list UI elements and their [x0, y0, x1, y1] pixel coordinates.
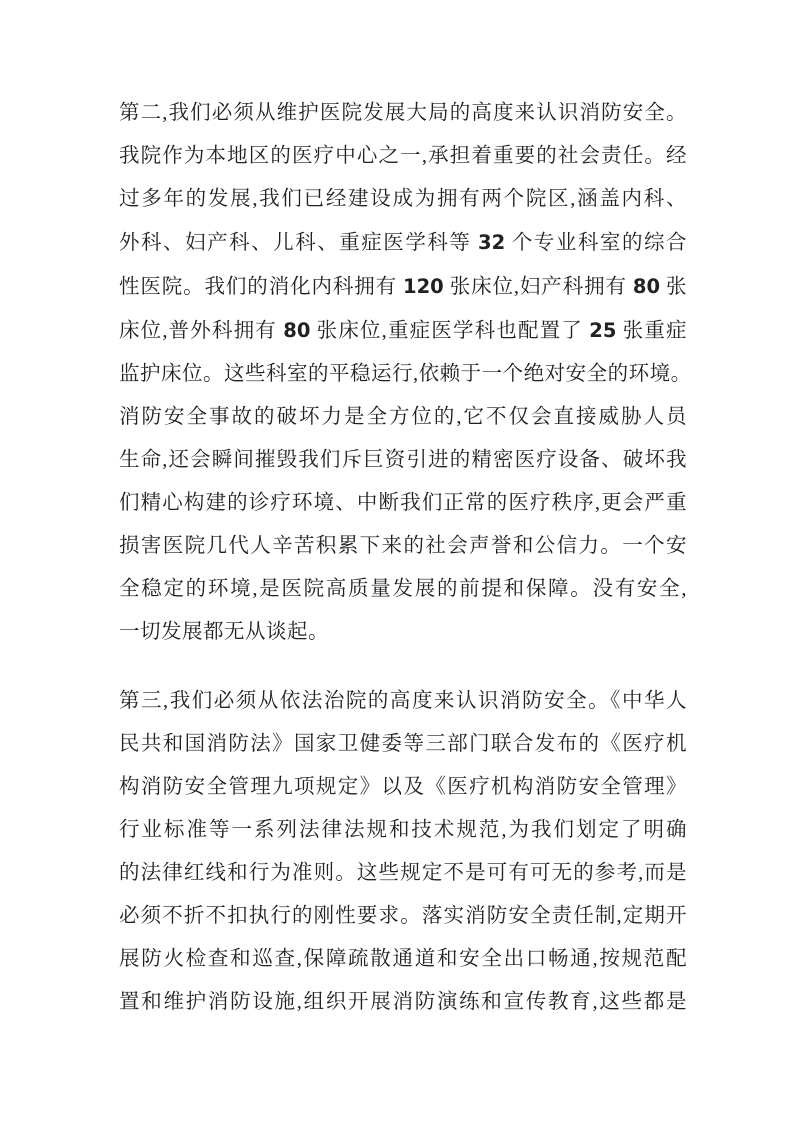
- text-line: 必须不折不扣执行的刚性要求。落实消防安全责任制,定期开: [119, 895, 687, 938]
- text-line: 第二,我们必须从维护医院发展大局的高度来认识消防安全。: [119, 92, 687, 135]
- text-line: 外科、妇产科、儿科、重症医学科等 32 个专业科室的综合: [119, 221, 687, 265]
- paragraph-third-point: 第三,我们必须从依法治院的高度来认识消防安全。《中华人 民共和国消防法》国家卫健…: [119, 680, 687, 1024]
- text-line: 构消防安全管理九项规定》以及《医疗机构消防安全管理》: [119, 766, 687, 809]
- text-line: 行业标准等一系列法律法规和技术规范,为我们划定了明确: [119, 809, 687, 852]
- numeric-value: 32: [478, 231, 505, 254]
- numeric-value: 25: [589, 319, 616, 342]
- text-line: 民共和国消防法》国家卫健委等三部门联合发布的《医疗机: [119, 723, 687, 766]
- text-line: 的法律红线和行为准则。这些规定不是可有可无的参考,而是: [119, 852, 687, 895]
- text-line: 生命,还会瞬间摧毁我们斥巨资引进的精密医疗设备、破坏我: [119, 439, 687, 482]
- numeric-value: 120: [403, 275, 444, 298]
- text-line: 性医院。我们的消化内科拥有 120 张床位,妇产科拥有 80 张: [119, 265, 687, 309]
- text-line: 展防火检查和巡查,保障疏散通道和安全出口畅通,按规范配: [119, 938, 687, 981]
- text-line: 过多年的发展,我们已经建设成为拥有两个院区,涵盖内科、: [119, 178, 687, 221]
- text-line: 们精心构建的诊疗环境、中断我们正常的医疗秩序,更会严重: [119, 482, 687, 525]
- text-line: 消防安全事故的破坏力是全方位的,它不仅会直接威胁人员: [119, 396, 687, 439]
- text-line: 置和维护消防设施,组织开展消防演练和宣传教育,这些都是: [119, 981, 687, 1024]
- numeric-value: 80: [283, 319, 310, 342]
- text-line: 一切发展都无从谈起。: [119, 611, 687, 654]
- text-line: 监护床位。这些科室的平稳运行,依赖于一个绝对安全的环境。: [119, 353, 687, 396]
- text-line: 我院作为本地区的医疗中心之一,承担着重要的社会责任。经: [119, 135, 687, 178]
- document-page: 第二,我们必须从维护医院发展大局的高度来认识消防安全。 我院作为本地区的医疗中心…: [0, 0, 793, 1122]
- numeric-value: 80: [633, 275, 660, 298]
- text-line: 损害医院几代人辛苦积累下来的社会声誉和公信力。一个安: [119, 525, 687, 568]
- text-line: 第三,我们必须从依法治院的高度来认识消防安全。《中华人: [119, 680, 687, 723]
- text-line: 床位,普外科拥有 80 张床位,重症医学科也配置了 25 张重症: [119, 309, 687, 353]
- text-line: 全稳定的环境,是医院高质量发展的前提和保障。没有安全,: [119, 568, 687, 611]
- paragraph-second-point: 第二,我们必须从维护医院发展大局的高度来认识消防安全。 我院作为本地区的医疗中心…: [119, 92, 687, 654]
